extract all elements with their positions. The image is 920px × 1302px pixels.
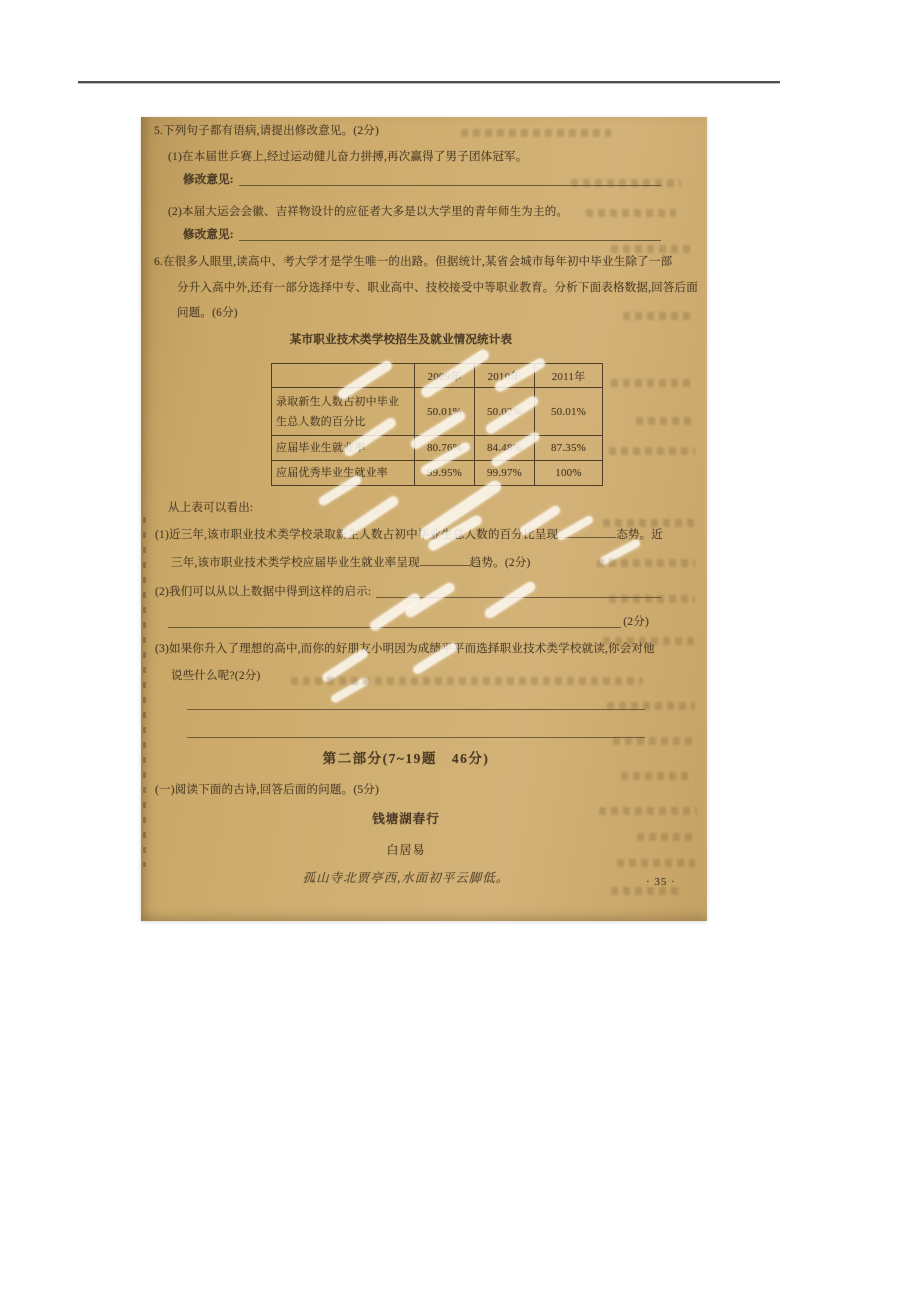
observe-label: 从上表可以看出: <box>168 500 253 516</box>
bleed-through-text <box>599 807 697 815</box>
table-cell: 99.97% <box>475 461 535 486</box>
bleed-through-text <box>623 312 695 320</box>
question-5-item-1: (1)在本届世乒赛上,经过运动健儿奋力拼搏,再次赢得了男子团体冠军。 <box>168 149 527 165</box>
question-6-intro-line-3: 问题。(6分) <box>177 305 238 321</box>
table-cell: 100% <box>535 461 603 486</box>
bleed-through-text <box>603 637 697 645</box>
sub2-score: (2分) <box>623 614 649 630</box>
table-cell: 87.35% <box>535 436 603 461</box>
revision-label-2: 修改意见: <box>183 227 234 243</box>
sub1-line2-text: 三年,该市职业技术类学校应届毕业生就业率呈现 <box>171 557 420 569</box>
page-header-rule <box>78 81 780 84</box>
bleed-through-text <box>291 677 643 685</box>
sub-question-3-line-2: 说些什么呢?(2分) <box>171 668 261 684</box>
bleed-through-text <box>613 737 695 745</box>
revision-label-1: 修改意见: <box>183 172 234 188</box>
table-header-blank <box>272 364 415 388</box>
scanned-exam-page: { "document": { "q5": { "heading": "5.下列… <box>0 0 920 1302</box>
bleed-through-text <box>611 887 681 895</box>
part-2-heading: 第二部分(7~19题 46分) <box>141 751 671 767</box>
section-1-intro: (一)阅读下面的古诗,回答后面的问题。(5分) <box>155 782 379 798</box>
bleed-through-text <box>617 859 695 867</box>
answer-blank-line <box>168 627 621 628</box>
question-5-item-2: (2)本届大运会会徽、吉祥物设计的应征者大多是以大学里的青年师生为主的。 <box>168 204 568 220</box>
bleed-through-text <box>637 833 697 841</box>
question-5-heading: 5.下列句子都有语病,请提出修改意见。(2分) <box>154 123 379 139</box>
answer-blank-line <box>187 737 645 738</box>
answer-blank-line <box>239 240 661 241</box>
fill-in-blank <box>420 555 470 566</box>
bleed-through-text <box>607 702 695 710</box>
sub2-label: (2)我们可以从以上数据中得到这样的启示: <box>155 584 371 600</box>
revision-line-2: 修改意见: <box>183 227 663 243</box>
table-cell: 50.01% <box>535 388 603 436</box>
question-6-intro-line-2: 分升入高中外,还有一部分选择中专、职业高中、技校接受中等职业教育。分析下面表格数… <box>177 280 698 296</box>
bleed-through-text <box>611 245 691 253</box>
poem-line-1: 孤山寺北贾亭西,水面初平云脚低。 <box>141 870 671 886</box>
table-caption: 某市职业技术类学校招生及就业情况统计表 <box>201 332 601 348</box>
sub-question-1-line-2: 三年,该市职业技术类学校应届毕业生就业率呈现趋势。(2分) <box>171 555 531 571</box>
poem-author: 白居易 <box>141 842 671 858</box>
bleed-through-text <box>609 447 695 455</box>
answer-blank-line <box>187 709 645 710</box>
bleed-through-text <box>597 559 695 567</box>
sub-question-3-line-1: (3)如果你升入了理想的高中,而你的好朋友小明因为成绩平平而选择职业技术类学校就… <box>155 641 655 657</box>
sub-question-1-line-1: (1)近三年,该市职业技术类学校录取新生人数占初中毕业生总人数的百分比呈现态势。… <box>155 527 663 543</box>
bleed-through-text <box>611 379 695 387</box>
bleed-through-text <box>586 209 676 217</box>
bleed-through-text <box>571 179 681 187</box>
table-header-2011: 2011年 <box>535 364 603 388</box>
exam-paper-scan: 5.下列句子都有语病,请提出修改意见。(2分) (1)在本届世乒赛上,经过运动健… <box>141 117 707 921</box>
question-6-intro-line-1: 6.在很多人眼里,读高中、考大学才是学生唯一的出路。但据统计,某省会城市每年初中… <box>154 254 672 270</box>
bleed-through-text <box>461 129 611 137</box>
bleed-through-text <box>636 417 694 425</box>
sub1-line1-tail: 态势。近 <box>616 529 663 541</box>
poem-title: 钱塘湖春行 <box>141 811 671 827</box>
bleed-through-text <box>609 595 695 603</box>
sub1-line2-tail: 趋势。(2分) <box>470 557 531 569</box>
bleed-through-text <box>621 772 693 780</box>
bleed-through-text <box>603 519 695 527</box>
